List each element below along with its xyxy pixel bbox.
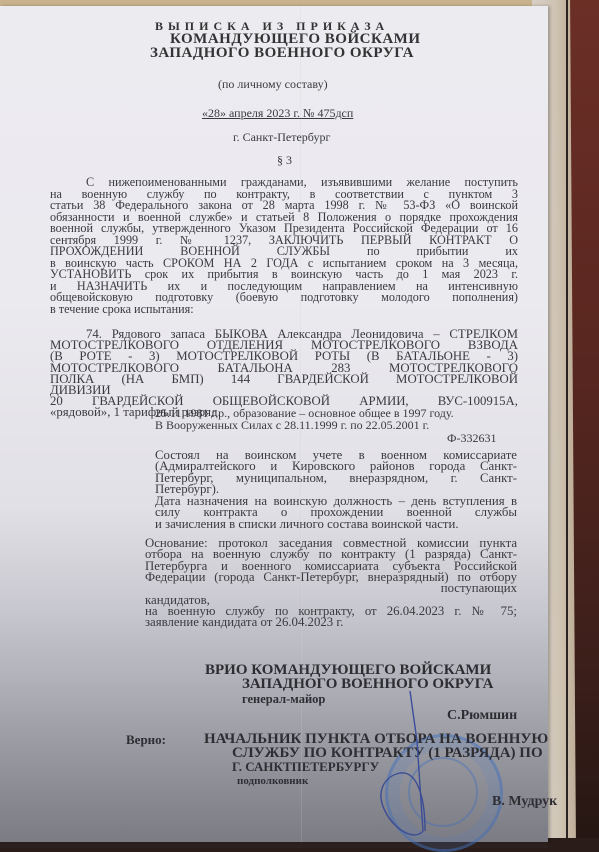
document-page: ВЫПИСКА ИЗ ПРИКАЗА КОМАНДУЮЩЕГО ВОЙСКАМИ… [0,6,548,842]
header-line-3: ЗАПАДНОГО ВОЕННОГО ОКРУГА [150,45,414,62]
item-line: ПОЛКА (НА БМП) 144 ГВАРДЕЙСКОЙ МОТОСТРЕЛ… [50,374,518,386]
basis-line: заявление кандидата от 26.04.2023 г. [145,617,517,629]
signer1-title-2: ЗАПАДНОГО ВОЕННОГО ОКРУГА [242,676,493,693]
signer2-name: В. Мудрук [492,794,557,810]
id-number: Ф-332631 [447,431,496,446]
certification-label: Верно: [126,732,166,748]
signer2-rank: подполковник [237,775,308,787]
appt-line: и зачисления в списки личного состава во… [155,519,517,531]
city: г. Санкт-Петербург [233,130,330,145]
folder-line [566,0,568,840]
signer1-rank: генерал-майор [242,692,325,707]
subtitle: (по личному составу) [218,77,328,92]
order-date: «28» апреля 2023 г. № 475дсп [202,106,353,121]
intro-line: в течение срока испытания: [50,304,518,316]
signer1-name: С.Рюмшин [447,708,517,724]
section-number: § 3 [277,153,292,168]
signer2-title-3: Г. САНКТПЕТЕРБУРГУ [232,759,379,775]
service-period: В Вооруженных Силах с 28.11.1999 г. по 2… [155,418,429,433]
